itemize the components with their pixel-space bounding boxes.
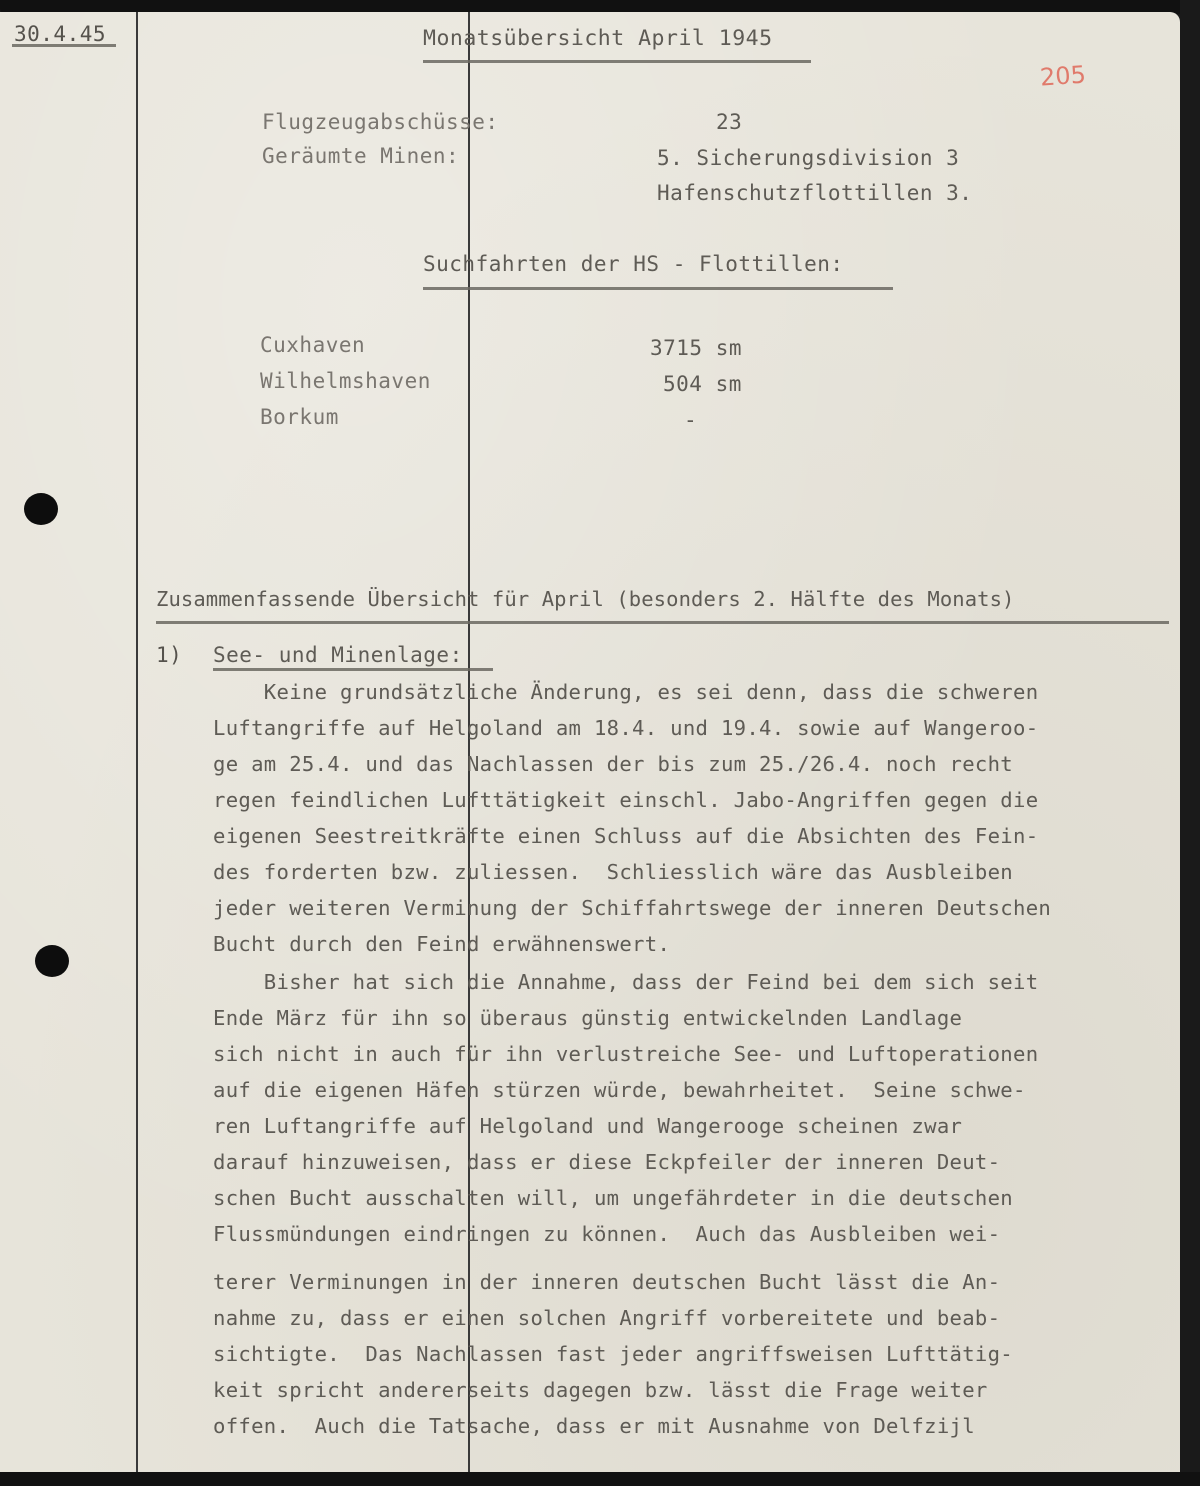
section-number: 1) (156, 643, 182, 667)
search-heading-underline (423, 287, 893, 290)
body-line: Keine grundsätzliche Änderung, es sei de… (213, 680, 1038, 704)
search-distance-borkum: - (684, 408, 697, 432)
body-line: offen. Auch die Tatsache, dass er mit Au… (213, 1414, 975, 1438)
body-line: Bucht durch den Feind erwähnenswert. (213, 932, 670, 956)
stat-value-hafenschutz: Hafenschutzflottillen 3. (657, 181, 972, 205)
body-line: darauf hinzuweisen, dass er diese Eckpfe… (213, 1150, 1000, 1174)
body-line: Flussmündungen eindringen zu können. Auc… (213, 1222, 1000, 1246)
body-line: eigenen Seestreitkräfte einen Schluss au… (213, 824, 1038, 848)
summary-heading-underline (156, 621, 1169, 624)
title-underline (423, 60, 811, 63)
document-title: Monatsübersicht April 1945 (423, 26, 773, 51)
body-line: nahme zu, dass er einen solchen Angriff … (213, 1306, 1000, 1330)
stat-label-mines: Geräumte Minen: (262, 144, 459, 168)
stat-value-sicherungsdivision: 5. Sicherungsdivision 3 (657, 146, 959, 170)
page-number-annotation: 205 (1039, 60, 1087, 91)
body-line: Luftangriffe auf Helgoland am 18.4. und … (213, 716, 1038, 740)
section-heading: See- und Minenlage: (213, 643, 463, 667)
punch-hole-top (24, 493, 58, 525)
body-line: auf die eigenen Häfen stürzen würde, bew… (213, 1078, 1026, 1102)
body-line: ren Luftangriffe auf Helgoland und Wange… (213, 1114, 962, 1138)
date-underline (12, 44, 116, 47)
body-line: sich nicht in auch für ihn verlustreiche… (213, 1042, 1038, 1066)
body-line: Bisher hat sich die Annahme, dass der Fe… (213, 970, 1038, 994)
show-through-margin-line (468, 12, 470, 1474)
search-place-cuxhaven: Cuxhaven (260, 333, 365, 357)
summary-heading: Zusammenfassende Übersicht für April (be… (156, 587, 1015, 611)
left-margin-line (136, 12, 138, 1474)
search-distance-cuxhaven: 3715 sm (650, 336, 742, 360)
punch-hole-bottom (35, 945, 69, 977)
scan-bottom-edge (0, 1472, 1200, 1486)
body-line: des forderten bzw. zuliessen. Schliessli… (213, 860, 1013, 884)
body-line: jeder weiteren Verminung der Schiffahrts… (213, 896, 1051, 920)
search-place-wilhelmshaven: Wilhelmshaven (260, 369, 431, 393)
body-line: Ende März für ihn so überaus günstig ent… (213, 1006, 962, 1030)
stat-value-aircraft: 23 (716, 110, 742, 134)
search-distance-wilhelmshaven: 504 sm (663, 372, 742, 396)
search-place-borkum: Borkum (260, 405, 339, 429)
section-heading-underline (213, 668, 493, 671)
search-section-heading: Suchfahrten der HS - Flottillen: (423, 252, 844, 276)
document-date: 30.4.45 (14, 22, 106, 46)
typewritten-page (0, 12, 1180, 1472)
body-line: regen feindlichen Lufttätigkeit einschl.… (213, 788, 1038, 812)
body-line: ge am 25.4. und das Nachlassen der bis z… (213, 752, 1013, 776)
body-line: keit spricht andererseits dagegen bzw. l… (213, 1378, 988, 1402)
body-line: terer Verminungen in der inneren deutsch… (213, 1270, 1000, 1294)
body-line: sichtigte. Das Nachlassen fast jeder ang… (213, 1342, 1013, 1366)
stat-label-aircraft: Flugzeugabschüsse: (262, 110, 499, 134)
body-line: schen Bucht ausschalten will, um ungefäh… (213, 1186, 1013, 1210)
